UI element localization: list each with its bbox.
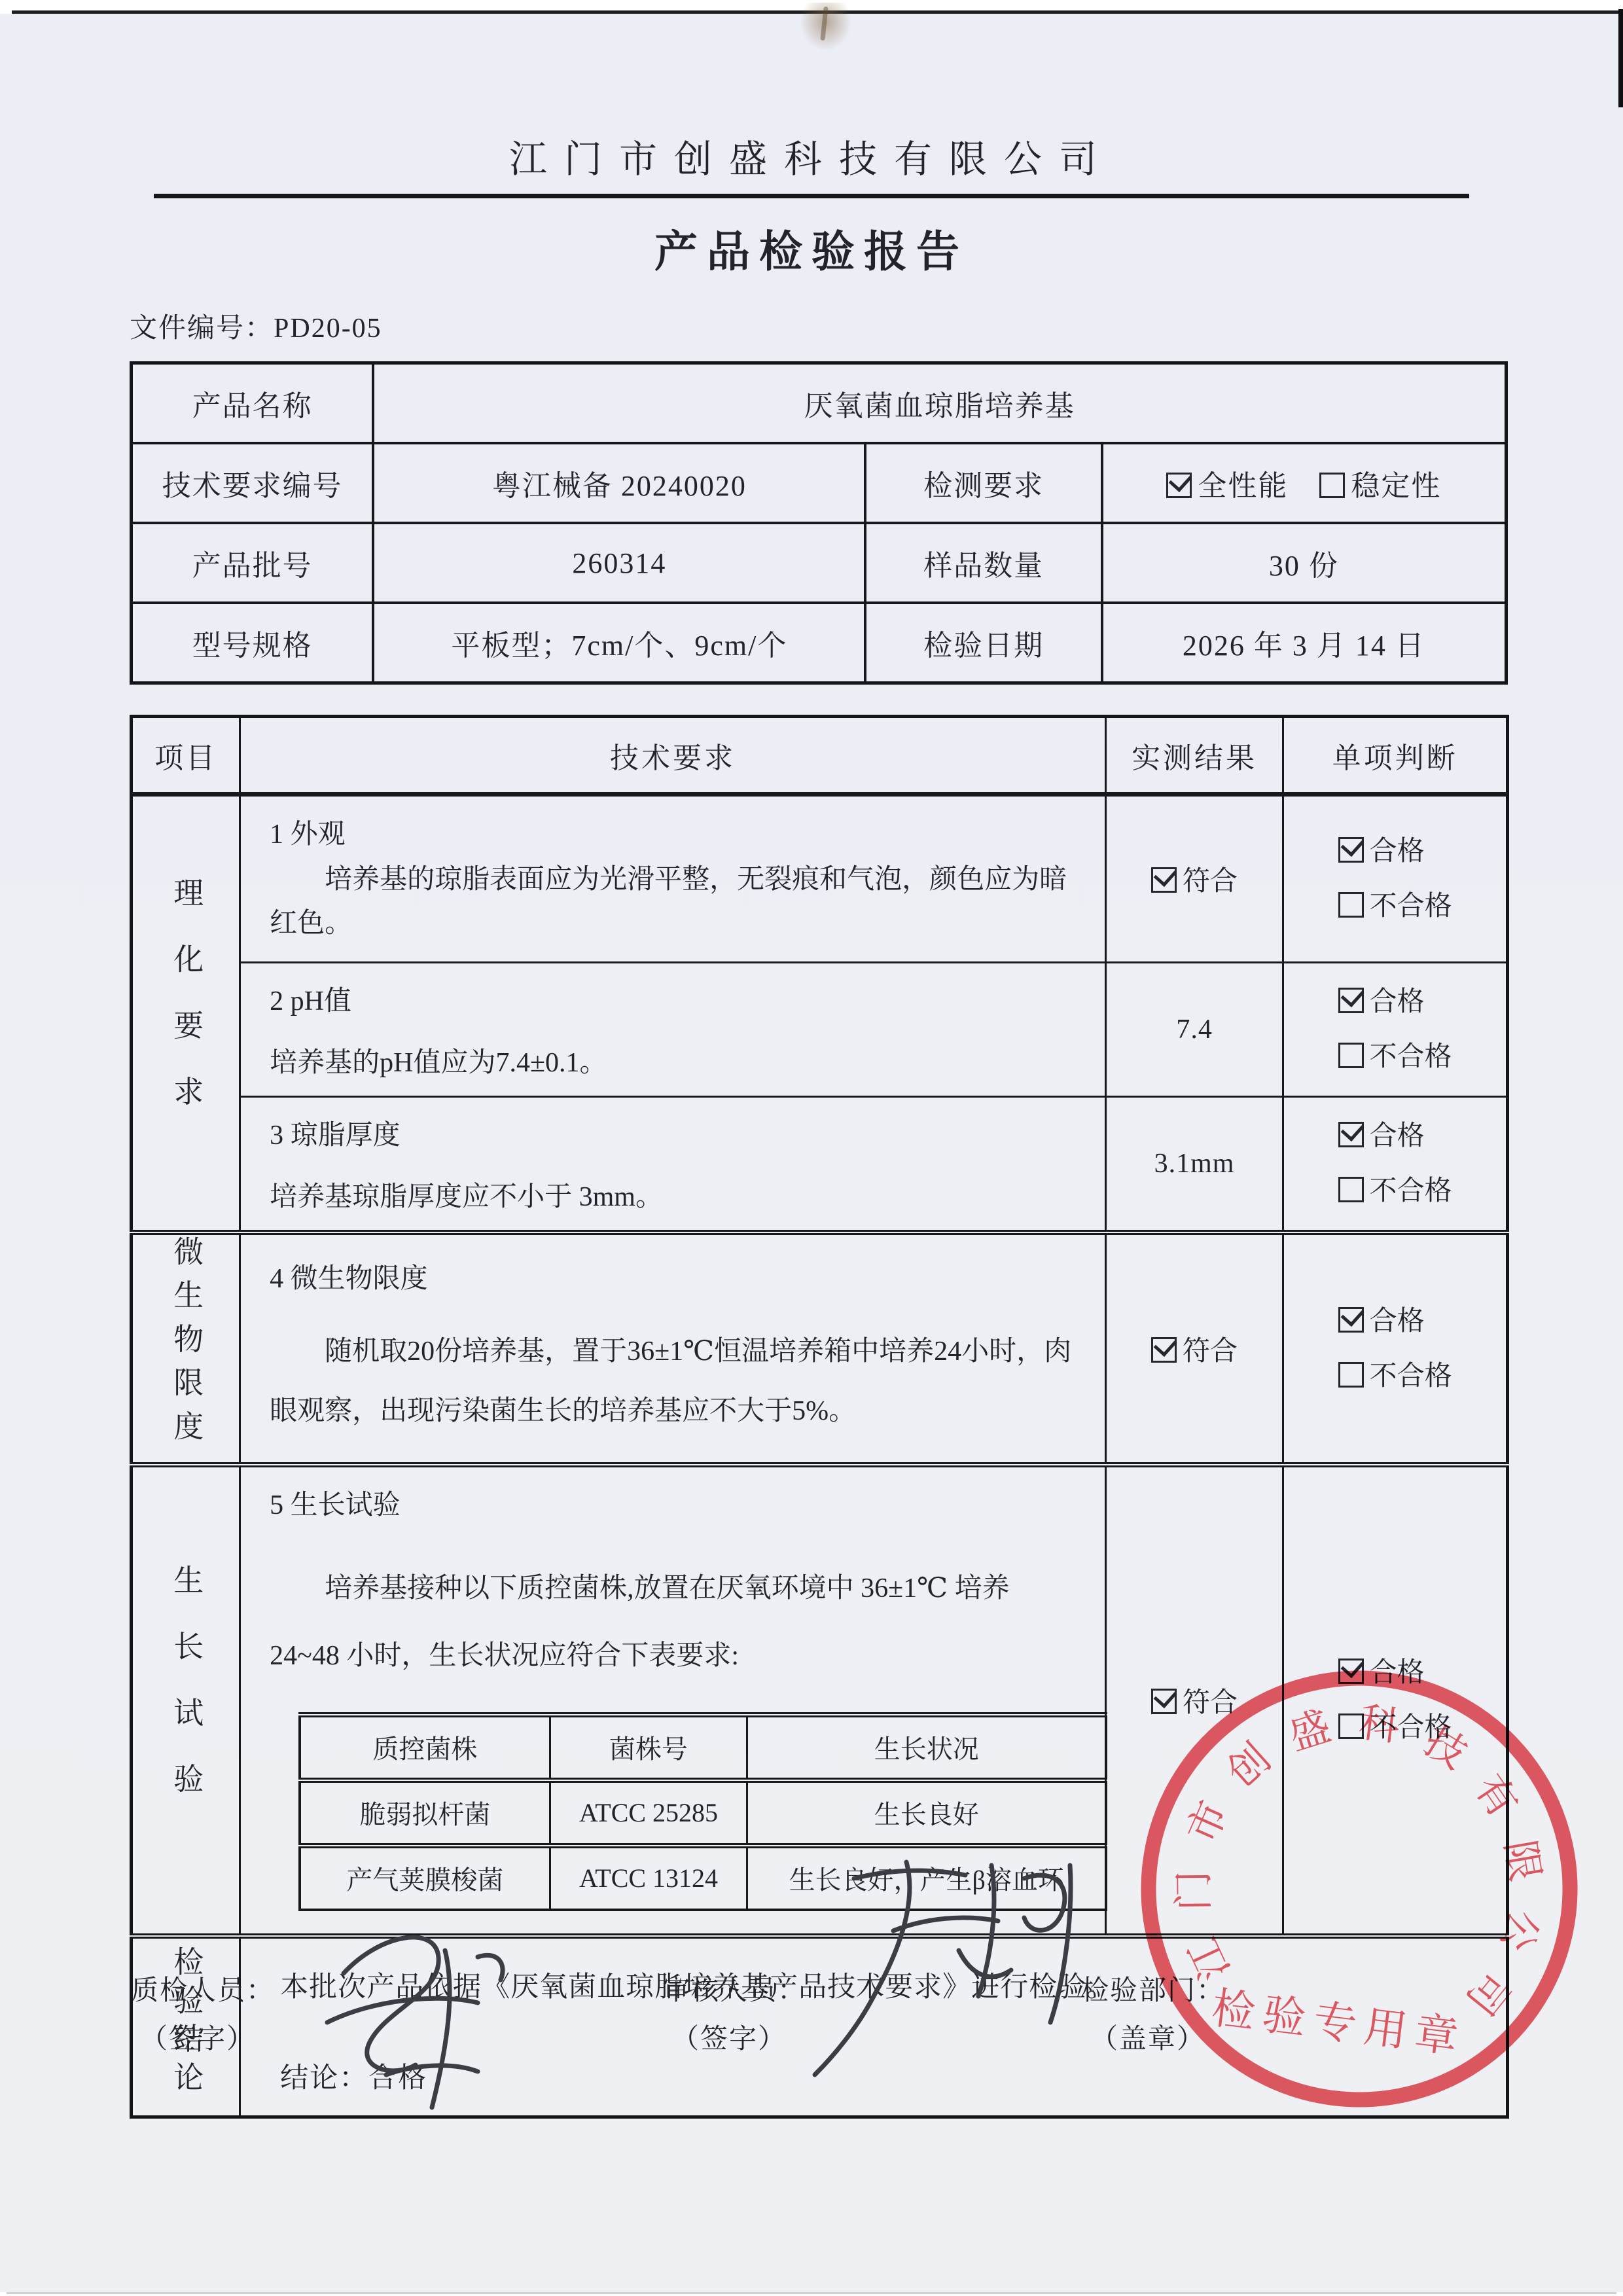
result-conform-label: 符合	[1183, 867, 1238, 897]
strain-header-growth: 生长状况	[747, 1715, 1106, 1780]
strain-number: ATCC 25285	[550, 1780, 747, 1846]
strain-growth: 生长良好	[747, 1780, 1106, 1846]
checked-checkbox-icon	[1151, 1337, 1177, 1363]
company-name: 江门市创盛科技有限公司	[0, 128, 1623, 183]
table-row-appearance: 理化要求 1 外观 培养基的琼脂表面应为光滑平整，无裂痕和气泡，颜色应为暗红色。…	[132, 795, 1508, 963]
svg-text:创: 创	[1219, 1736, 1279, 1796]
result-appearance: 符合	[1105, 795, 1283, 963]
qc-sign-label: （签字）	[140, 2017, 255, 2056]
date-label: 检验日期	[865, 603, 1101, 683]
tech-req-no-value: 粤江械备 20240020	[373, 443, 865, 523]
svg-text:限: 限	[1497, 1837, 1548, 1885]
svg-text:市: 市	[1180, 1795, 1237, 1850]
checked-checkbox-icon	[1151, 867, 1177, 893]
requirement-title: 4 微生物限度	[270, 1257, 1085, 1296]
test-req-value: 全性能稳定性	[1102, 443, 1507, 523]
strain-number: ATCC 13124	[550, 1846, 747, 1910]
svg-text:司: 司	[1457, 1963, 1518, 2022]
requirement-desc: 培养基接种以下质控菌株,放置在厌氧环境中 36±1℃ 培养 24~48 小时，生…	[270, 1555, 1085, 1690]
result-agar: 3.1mm	[1105, 1097, 1283, 1233]
requirement-title: 1 外观	[270, 812, 1085, 852]
table-row-agar: 3 琼脂厚度 培养基琼脂厚度应不小于 3mm。 3.1mm 合格 不合格	[132, 1097, 1508, 1233]
sample-qty-value: 30 份	[1102, 523, 1507, 603]
svg-text:有: 有	[1466, 1767, 1525, 1826]
qc-person-label: 质检人员：	[131, 1969, 275, 2008]
checked-checkbox-icon	[1338, 837, 1364, 863]
stamp-center-text: 检验专用章	[1209, 1984, 1469, 2063]
requirement-title: 3 琼脂厚度	[270, 1113, 1085, 1153]
report-title: 产品检验报告	[0, 217, 1623, 279]
qc-signature	[281, 1911, 556, 2134]
result-conform-label: 符合	[1183, 1336, 1238, 1367]
strain-row: 脆弱拟杆菌 ATCC 25285 生长良好	[300, 1780, 1106, 1846]
judgment-pass-label: 合格	[1370, 1121, 1425, 1151]
strain-header-row: 质控菌株 菌株号 生长状况	[300, 1715, 1106, 1780]
product-name-label: 产品名称	[132, 363, 374, 444]
strain-header-name: 质控菌株	[300, 1715, 550, 1780]
requirement-desc: 培养基的pH值应为7.4±0.1。	[270, 1041, 1085, 1080]
checked-checkbox-icon	[1166, 473, 1192, 498]
judgment-fail-label: 不合格	[1370, 1042, 1452, 1072]
judgment-agar: 合格 不合格	[1283, 1097, 1508, 1233]
test-req-option-full: 全性能	[1198, 470, 1288, 502]
unchecked-checkbox-icon	[1338, 1177, 1364, 1202]
checked-checkbox-icon	[1338, 1122, 1364, 1147]
document-number: 文件编号：PD20-05	[130, 306, 1623, 346]
requirement-desc: 培养基的琼脂表面应为光滑平整，无裂痕和气泡，颜色应为暗红色。	[270, 858, 1085, 946]
table-row-ph: 2 pH值 培养基的pH值应为7.4±0.1。 7.4 合格 不合格	[132, 963, 1508, 1097]
product-info-table: 产品名称 厌氧菌血琼脂培养基 技术要求编号 粤江械备 20240020 检测要求…	[130, 361, 1508, 685]
table-header-row: 项目 技术要求 实测结果 单项判断	[132, 717, 1508, 795]
strain-name: 脆弱拟杆菌	[300, 1780, 550, 1846]
model-value: 平板型；7cm/个、9cm/个	[373, 603, 865, 683]
title-divider	[154, 194, 1469, 198]
model-label: 型号规格	[132, 603, 374, 683]
judgment-ph: 合格 不合格	[1283, 963, 1508, 1097]
table-row: 产品名称 厌氧菌血琼脂培养基	[132, 363, 1507, 444]
svg-text:江: 江	[1181, 1931, 1239, 1986]
scanned-report-page: 江门市创盛科技有限公司 产品检验报告 文件编号：PD20-05 产品名称 厌氧菌…	[0, 0, 1623, 2296]
judgment-fail-label: 不合格	[1370, 1361, 1452, 1391]
svg-text:技: 技	[1416, 1719, 1474, 1778]
reviewer-signature	[795, 1852, 1096, 2101]
sample-qty-label: 样品数量	[865, 523, 1101, 603]
requirement-desc: 培养基琼脂厚度应不小于 3mm。	[270, 1175, 1085, 1214]
header-item: 项目	[132, 717, 240, 795]
svg-text:盛: 盛	[1284, 1704, 1336, 1759]
test-req-option-stability: 稳定性	[1351, 470, 1441, 502]
reviewer-sign-label: （签字）	[671, 2017, 787, 2056]
unchecked-checkbox-icon	[1319, 473, 1345, 498]
unchecked-checkbox-icon	[1338, 892, 1364, 918]
section-growth-test: 生长试验	[132, 1465, 240, 1936]
batch-label: 产品批号	[132, 523, 374, 603]
requirement-ph: 2 pH值 培养基的pH值应为7.4±0.1。	[240, 963, 1106, 1097]
table-row: 技术要求编号 粤江械备 20240020 检测要求 全性能稳定性	[132, 443, 1507, 523]
date-value: 2026 年 3 月 14 日	[1102, 603, 1507, 683]
judgment-fail-label: 不合格	[1370, 891, 1452, 922]
svg-text:公: 公	[1492, 1905, 1545, 1956]
result-ph: 7.4	[1105, 963, 1283, 1097]
requirement-agar: 3 琼脂厚度 培养基琼脂厚度应不小于 3mm。	[240, 1097, 1106, 1233]
svg-text:门: 门	[1172, 1870, 1217, 1911]
tech-req-no-label: 技术要求编号	[132, 443, 374, 523]
requirement-title: 2 pH值	[270, 979, 1085, 1018]
batch-value: 260314	[373, 523, 865, 603]
svg-text:科: 科	[1357, 1700, 1402, 1749]
table-row-micro: 微生物限度 4 微生物限度 随机取20份培养基，置于36±1℃恒温培养箱中培养2…	[132, 1232, 1508, 1465]
product-name-value: 厌氧菌血琼脂培养基	[373, 363, 1506, 444]
judgment-pass-label: 合格	[1370, 1306, 1425, 1336]
test-req-label: 检测要求	[865, 443, 1101, 523]
section-physicochemical: 理化要求	[132, 795, 240, 1233]
requirement-title: 5 生长试验	[270, 1483, 1085, 1522]
checked-checkbox-icon	[1338, 1307, 1364, 1333]
requirement-desc: 随机取20份培养基，置于36±1℃恒温培养箱中培养24小时，肉眼观察，出现污染菌…	[270, 1322, 1085, 1441]
table-row: 产品批号 260314 样品数量 30 份	[132, 523, 1507, 603]
header-result: 实测结果	[1105, 717, 1283, 795]
checked-checkbox-icon	[1338, 988, 1364, 1013]
unchecked-checkbox-icon	[1338, 1043, 1364, 1068]
table-row: 型号规格 平板型；7cm/个、9cm/个 检验日期 2026 年 3 月 14 …	[132, 603, 1507, 683]
strain-header-number: 菌株号	[550, 1715, 747, 1780]
judgment-pass-label: 合格	[1370, 836, 1425, 867]
section-microbial-limit: 微生物限度	[132, 1232, 240, 1465]
header-requirement: 技术要求	[240, 717, 1106, 795]
unchecked-checkbox-icon	[1338, 1362, 1364, 1388]
strain-name: 产气荚膜梭菌	[300, 1846, 550, 1910]
reviewer-label: 审核人员：	[662, 1969, 806, 2008]
judgment-micro: 合格 不合格	[1283, 1232, 1508, 1465]
requirement-appearance: 1 外观 培养基的琼脂表面应为光滑平整，无裂痕和气泡，颜色应为暗红色。	[240, 795, 1106, 963]
judgment-pass-label: 合格	[1370, 987, 1425, 1017]
judgment-appearance: 合格 不合格	[1283, 795, 1508, 963]
inspection-stamp: 江门市创盛科技有限公司 检验专用章	[1060, 1590, 1623, 2188]
header-judgment: 单项判断	[1283, 717, 1508, 795]
result-micro: 符合	[1105, 1232, 1283, 1465]
judgment-fail-label: 不合格	[1370, 1176, 1452, 1206]
requirement-micro: 4 微生物限度 随机取20份培养基，置于36±1℃恒温培养箱中培养24小时，肉眼…	[240, 1232, 1106, 1465]
